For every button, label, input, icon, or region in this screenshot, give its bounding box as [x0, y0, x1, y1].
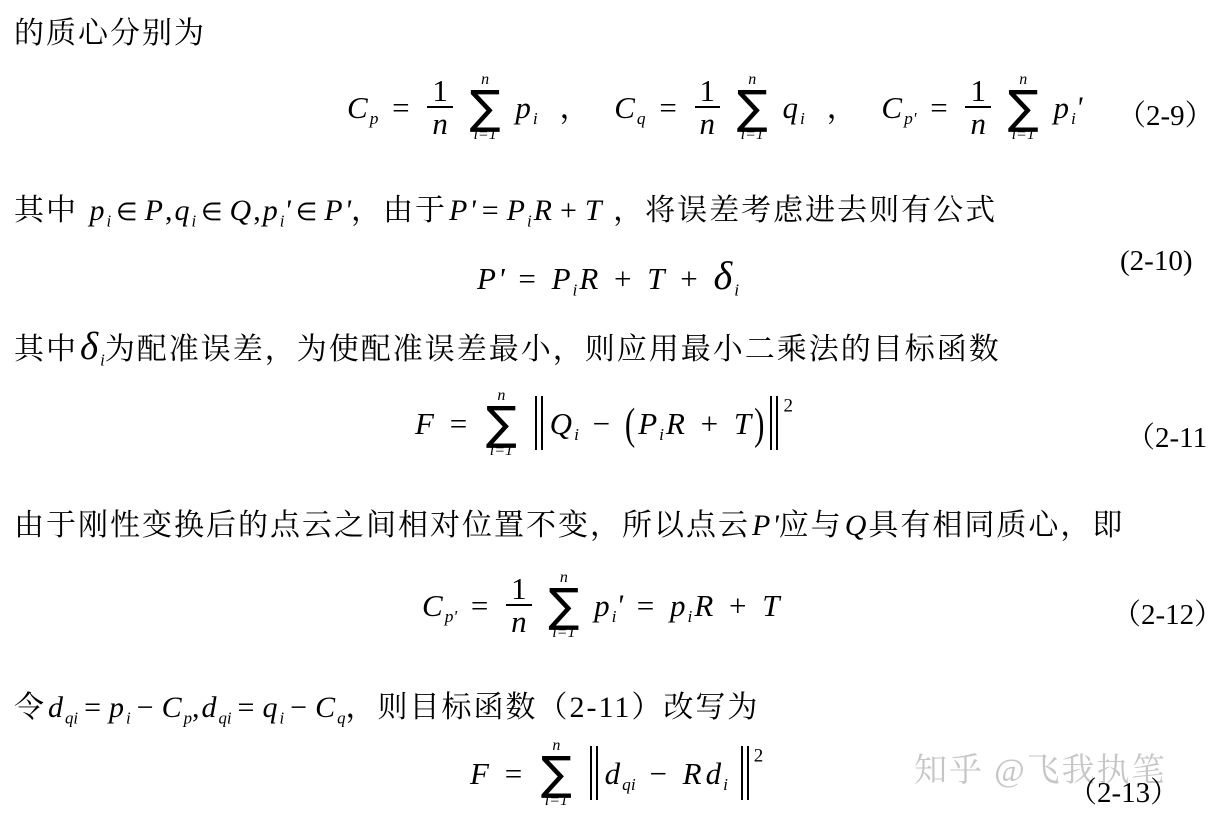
math-fraction: 1n: [965, 75, 991, 140]
separator: ，: [813, 90, 872, 125]
math-var: d: [605, 756, 621, 791]
paragraph-5: 令dqi=pi−Cp,dqi=qi−Cq，则目标函数（2-11）改写为: [14, 682, 759, 728]
math-sub: i: [574, 425, 579, 444]
frac-numerator: 1: [695, 75, 721, 107]
math-sub: qi: [622, 775, 636, 794]
text-run: ,: [192, 691, 200, 724]
math-prime: ': [498, 261, 505, 296]
math-sub: p: [370, 109, 379, 128]
sum-lower-limit: i=1: [552, 624, 575, 642]
text-run: ，将误差考虑进去则有公式: [604, 194, 998, 227]
math-sub: i: [126, 708, 131, 727]
summation: n∑i=1: [737, 71, 768, 144]
math-var: Q: [550, 406, 572, 441]
math-var: F: [470, 756, 489, 791]
big-paren-left: (: [625, 397, 635, 449]
math-var: p: [263, 194, 278, 227]
math-op: =: [653, 90, 682, 125]
math-sub: i: [800, 109, 805, 128]
math-op: +: [554, 194, 583, 227]
math-sub: p': [904, 109, 916, 128]
math-sub: qi: [65, 708, 78, 727]
sigma-symbol: ∑: [548, 587, 579, 625]
math-op: +: [723, 588, 752, 623]
frac-denominator: n: [695, 106, 721, 140]
math-var: q: [174, 194, 189, 227]
math-var: C: [162, 691, 182, 724]
math-op: =: [465, 588, 494, 623]
equation-2-9: Cp = 1n n∑i=1 pi ， Cq = 1n n∑i=1 qi ， Cp…: [345, 74, 1082, 147]
text-run: 其中: [14, 194, 88, 227]
summation: n∑i=1: [548, 569, 579, 642]
sum-lower-limit: i=1: [545, 792, 568, 810]
math-op: ∈: [196, 197, 227, 226]
frac-numerator: 1: [506, 573, 532, 605]
text-run: 应与: [779, 509, 843, 542]
math-op: −: [587, 406, 616, 441]
math-var: d: [48, 691, 63, 724]
frac-denominator: n: [965, 106, 991, 140]
equation-2-11: F = n∑i=1 Qi − (PiR + T)2: [413, 390, 793, 463]
norm-bar: [770, 396, 778, 450]
equation-2-10: P' = PiR + T + δi: [475, 252, 739, 301]
math-sub: i: [573, 281, 578, 300]
text-run: ，由于: [351, 194, 447, 227]
math-sub: qi: [218, 708, 231, 727]
math-fraction: 1n: [427, 75, 453, 140]
math-var: C: [315, 691, 335, 724]
math-var: p: [109, 691, 124, 724]
summation: n∑i=1: [470, 71, 501, 144]
text-run: 其中: [14, 333, 78, 366]
equation-number: （2-12）: [1112, 592, 1216, 633]
text-run: 具有相同质心，即: [868, 509, 1124, 542]
math-var: F: [415, 406, 434, 441]
math-op: =: [386, 90, 415, 125]
math-var: C: [422, 588, 443, 623]
math-var: T: [734, 406, 751, 441]
math-fraction: 1n: [695, 75, 721, 140]
math-var: P: [638, 406, 657, 441]
paragraph-1: 的质心分别为: [14, 8, 206, 52]
math-sub: p': [445, 607, 457, 626]
math-sub: i: [688, 607, 693, 626]
text-run: ，则目标函数（2-11）改写为: [345, 691, 759, 724]
sum-lower-limit: i=1: [473, 126, 496, 144]
summation: n∑i=1: [486, 387, 517, 460]
math-var: q: [783, 90, 799, 125]
math-var: p: [90, 194, 105, 227]
frac-numerator: 1: [965, 75, 991, 107]
sigma-symbol: ∑: [737, 89, 768, 127]
frac-denominator: n: [427, 106, 453, 140]
math-sub: q: [637, 109, 646, 128]
math-op: =: [78, 691, 107, 724]
sigma-symbol: ∑: [486, 405, 517, 443]
equation-number: （2-9）: [1117, 93, 1214, 134]
math-op: +: [608, 261, 637, 296]
math-sub: i: [527, 211, 532, 230]
math-op: −: [284, 691, 313, 724]
math-op: =: [924, 90, 953, 125]
math-var: d: [706, 756, 722, 791]
paragraph-3: 其中δi为配准误差，为使配准误差最小，则应用最小二乘法的目标函数: [14, 324, 1001, 370]
math-op: =: [444, 406, 473, 441]
math-sub: i: [723, 775, 728, 794]
summation: n∑i=1: [541, 737, 572, 810]
math-prime: ': [616, 588, 623, 623]
math-var: Q: [230, 194, 252, 227]
sigma-symbol: ∑: [541, 755, 572, 793]
norm-bar: [741, 746, 749, 800]
math-op: +: [674, 261, 703, 296]
math-op: −: [131, 691, 160, 724]
math-op: =: [499, 756, 528, 791]
math-var: P: [449, 194, 467, 227]
sigma-symbol: ∑: [470, 89, 501, 127]
page: 的质心分别为 Cp = 1n n∑i=1 pi ， Cq = 1n n∑i=1 …: [0, 0, 1216, 819]
math-var: R: [579, 261, 598, 296]
exponent: 2: [754, 746, 764, 767]
math-sub: i: [734, 281, 739, 300]
text-run: ,: [165, 194, 173, 227]
big-paren-right: ): [754, 397, 764, 449]
math-op: =: [232, 691, 261, 724]
math-var: P: [145, 194, 163, 227]
sigma-symbol: ∑: [1008, 89, 1039, 127]
math-var: T: [762, 588, 779, 623]
separator: ，: [545, 90, 604, 125]
math-op: ∈: [291, 197, 322, 226]
math-var: C: [614, 90, 635, 125]
math-var: C: [347, 90, 368, 125]
math-op: =: [512, 261, 541, 296]
norm-bar: [535, 396, 543, 450]
math-var: p: [594, 588, 610, 623]
math-var: d: [201, 691, 216, 724]
math-var: P: [324, 194, 342, 227]
equation-number: （2-13）: [1068, 770, 1179, 811]
math-prime: ': [284, 194, 290, 227]
equation-number: （2-11: [1126, 415, 1207, 456]
exponent: 2: [783, 396, 793, 417]
norm-bar: [590, 746, 598, 800]
equation-2-13: F = n∑i=1 dqi − Rdi 2: [468, 740, 763, 813]
math-var: q: [262, 691, 277, 724]
math-var: C: [881, 90, 902, 125]
math-prime: ': [1076, 90, 1083, 125]
frac-numerator: 1: [427, 75, 453, 107]
math-op: =: [476, 194, 505, 227]
math-op: +: [695, 406, 724, 441]
math-var: p: [1053, 90, 1069, 125]
math-var: p: [515, 90, 531, 125]
sum-lower-limit: i=1: [741, 126, 764, 144]
math-var: P: [477, 261, 496, 296]
summation: n∑i=1: [1008, 71, 1039, 144]
math-op: −: [643, 756, 672, 791]
paragraph-4: 由于刚性变换后的点云之间相对位置不变，所以点云P'应与Q具有相同质心，即: [14, 500, 1124, 544]
sum-lower-limit: i=1: [490, 442, 513, 460]
text-run: 为配准误差，为使配准误差最小，则应用最小二乘法的目标函数: [105, 333, 1001, 366]
math-sub: i: [659, 425, 664, 444]
text-run: 由于刚性变换后的点云之间相对位置不变，所以点云: [14, 509, 750, 542]
math-var: δ: [80, 325, 98, 368]
math-var: δ: [713, 253, 732, 298]
equation-number: (2-10): [1120, 245, 1192, 278]
paragraph-2: 其中 pi∈P,qi∈Q,pi'∈P'，由于P'=PiR+T ，将误差考虑进去则…: [14, 185, 997, 231]
math-var: R: [683, 756, 702, 791]
math-op: =: [631, 588, 660, 623]
math-var: R: [666, 406, 685, 441]
math-var: p: [670, 588, 686, 623]
math-prime: ': [469, 194, 475, 227]
math-var: Q: [845, 509, 867, 542]
math-sub: i: [533, 109, 538, 128]
math-var: P: [507, 194, 525, 227]
frac-denominator: n: [506, 604, 532, 638]
math-var: T: [585, 194, 602, 227]
text-run: ,: [253, 194, 261, 227]
equation-2-12: Cp' = 1n n∑i=1 pi' = piR + T: [420, 572, 782, 645]
text-run: 的质心分别为: [14, 17, 206, 50]
text-run: 令: [14, 691, 46, 724]
math-var: R: [534, 194, 552, 227]
math-op: ∈: [111, 197, 142, 226]
math-var: T: [647, 261, 664, 296]
sum-lower-limit: i=1: [1012, 126, 1035, 144]
math-var: R: [694, 588, 713, 623]
math-fraction: 1n: [506, 573, 532, 638]
math-sub: p: [184, 708, 192, 727]
math-var: P: [552, 261, 571, 296]
math-var: P: [752, 509, 770, 542]
